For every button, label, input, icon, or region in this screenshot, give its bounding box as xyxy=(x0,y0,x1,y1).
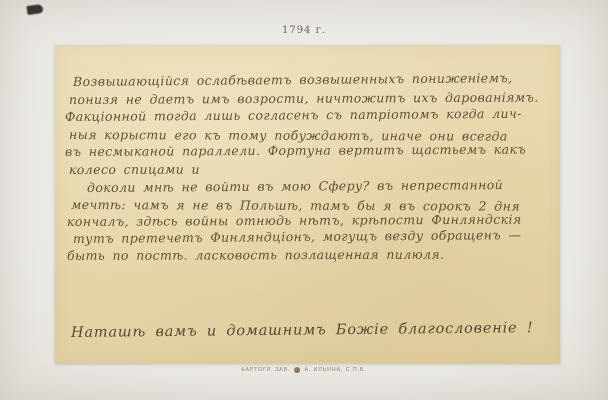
scanned-letter-page: 1794 г. Возвышающійся ослабѣваетъ возвыш… xyxy=(0,0,608,400)
scan-artifact-smudge xyxy=(26,4,43,15)
handwritten-line: Факціонной тогда лишь согласенъ съ патрі… xyxy=(65,106,522,124)
page-year-label: 1794 г. xyxy=(0,25,608,36)
handwritten-line: доколи мнѣ не войти въ мою Сферу? въ неп… xyxy=(87,177,503,195)
letter-facsimile-paper: Возвышающійся ослабѣваетъ возвышенныхъ п… xyxy=(55,45,560,363)
handwritten-line: въ несмыканой параллели. Фортуна вертитъ… xyxy=(65,142,526,159)
handwritten-line: кончалъ, здѣсь войны отнюдь нѣтъ, крѣпос… xyxy=(67,212,522,229)
handwritten-line: колесо спицами и xyxy=(69,162,200,177)
printer-imprint: КАРТОГР. ЗАВ. А. ИЛЬИНА, С.П.Б. xyxy=(0,367,608,373)
handwritten-closing-blessing: Наташѣ вамъ и домашнимъ Божіе благослове… xyxy=(71,320,534,341)
handwritten-line: быть по постѣ. ласковость позлащенная пи… xyxy=(67,247,444,263)
handwritten-line: тутъ претечетъ Финляндціонъ, могущъ везд… xyxy=(73,227,521,246)
printer-logo-icon xyxy=(294,367,300,373)
handwritten-line: понизя не даетъ имъ возрости, ничтожитъ … xyxy=(69,90,539,107)
imprint-right-text: А. ИЛЬИНА, С.П.Б. xyxy=(304,367,366,373)
handwritten-line: Возвышающійся ослабѣваетъ возвышенныхъ п… xyxy=(73,70,513,89)
imprint-left-text: КАРТОГР. ЗАВ. xyxy=(241,367,290,373)
